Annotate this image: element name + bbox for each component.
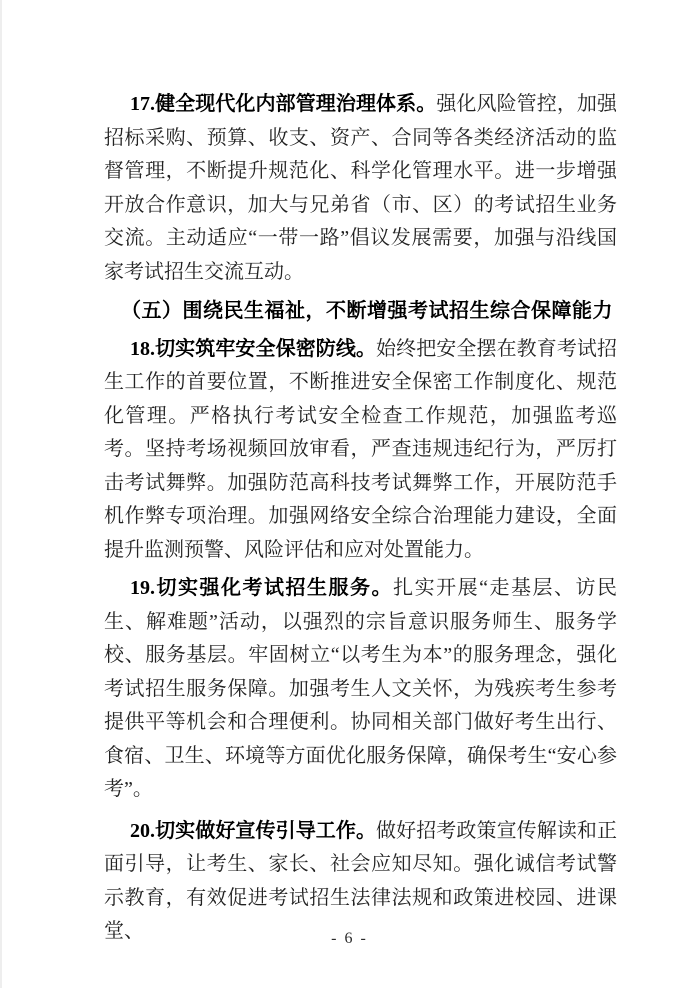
paragraph-20: 20.切实做好宣传引导工作。做好招考政策宣传解读和正面引导，让考生、家长、社会应…: [104, 815, 617, 949]
document-body: 17.健全现代化内部管理治理体系。强化风险管控，加强招标采购、预算、收支、资产、…: [104, 88, 617, 954]
paragraph-17-lead: 17.健全现代化内部管理治理体系。: [130, 93, 436, 115]
paragraph-19-text: 扎实开展“走基层、访民生、解难题”活动，以强烈的宗旨意识服务师生、服务学校、服务…: [104, 577, 617, 800]
page-number: - 6 -: [0, 930, 699, 948]
paragraph-19-lead: 19.切实强化考试招生服务。: [130, 577, 393, 599]
paragraph-18: 18.切实筑牢安全保密防线。始终把安全摆在教育考试招生工作的首要位置，不断推进安…: [104, 333, 617, 568]
paragraph-17: 17.健全现代化内部管理治理体系。强化风险管控，加强招标采购、预算、收支、资产、…: [104, 88, 617, 289]
page-edge-divider: [0, 0, 2, 988]
paragraph-18-text: 始终把安全摆在教育考试招生工作的首要位置，不断推进安全保密工作制度化、规范化管理…: [104, 338, 617, 561]
section-heading-5: （五）围绕民生福祉，不断增强考试招生综合保障能力: [104, 294, 617, 328]
document-page: 17.健全现代化内部管理治理体系。强化风险管控，加强招标采购、预算、收支、资产、…: [0, 0, 699, 988]
paragraph-19: 19.切实强化考试招生服务。扎实开展“走基层、访民生、解难题”活动，以强烈的宗旨…: [104, 572, 617, 807]
paragraph-17-text: 强化风险管控，加强招标采购、预算、收支、资产、合同等各类经济活动的监督管理，不断…: [104, 93, 617, 283]
paragraph-20-lead: 20.切实做好宣传引导工作。: [130, 820, 376, 842]
paragraph-18-lead: 18.切实筑牢安全保密防线。: [130, 338, 376, 360]
